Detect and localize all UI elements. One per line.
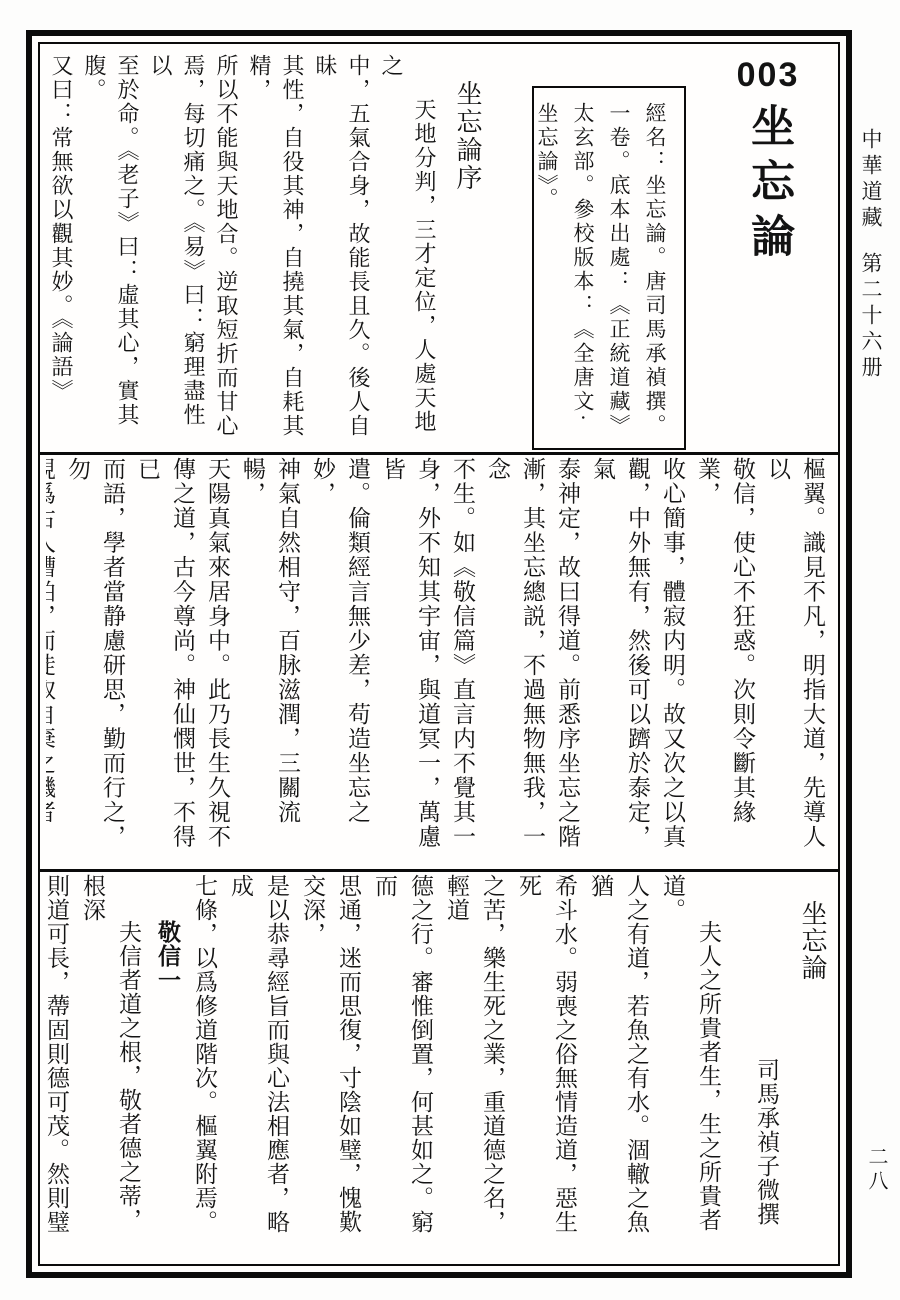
preface-continued-column: 傳之道，古今尊尚。神仙憫世，不得已: [130, 457, 200, 867]
main-text-column: 夫人之所貴者生，生之所貴者道。: [654, 874, 726, 1254]
document-title: 坐忘論: [745, 103, 791, 268]
preface-continued-column: 而語，學者當静慮研思，勤而行之，勿: [60, 457, 130, 867]
preface-column: 坐忘論序: [451, 54, 484, 450]
volume-label: 第二十六册: [860, 252, 881, 382]
main-text-column: 德之行。審惟倒置，何甚如之。窮而: [366, 874, 438, 1254]
preface-continued-column: 收心簡事，體寂内明。故又次之以真: [655, 457, 690, 867]
content-frame: 003 坐忘論 經名：坐忘論。唐司馬承禎撰。一卷。底本出處：《正統道藏》太玄部。…: [38, 42, 840, 1266]
section-preface-continued: 樞翼。識見不凡，明指大道，先導人以敬信，使心不狂惑。次則令斷其緣業，收心簡事，體…: [46, 455, 832, 869]
preface-continued-column: 視爲古人糟粕，而徒取自棄之譏者也。: [46, 457, 60, 867]
main-text-column: 敬信一: [150, 874, 186, 1254]
main-text-column: 七條，以爲修道階次。樞翼附焉。: [186, 874, 222, 1254]
edition-note-column: 經名：坐忘論。唐司馬承禎撰。: [637, 102, 673, 438]
main-text-column: 是以恭尋經旨而與心法相應者，略成: [222, 874, 294, 1254]
preface-continued-column: 泰神定，故曰得道。前悉序坐忘之階: [550, 457, 585, 867]
main-text-column: 希斗水。弱喪之俗無情造道，惡生死: [510, 874, 582, 1254]
main-text-column: 坐忘論: [794, 874, 830, 1254]
preface-column: 其性，自役其神，自撓其氣，自耗其精，: [243, 54, 309, 450]
edition-note-box: 經名：坐忘論。唐司馬承禎撰。一卷。底本出處：《正統道藏》太玄部。參校版本：《全唐…: [532, 86, 686, 450]
preface-column: 至於命。《老子》曰：虛其心，實其腹。: [78, 54, 144, 450]
preface-flow: 坐忘論序天地分判，三才定位，人處天地之中，五氣合身，故能長且久。後人自昧其性，自…: [48, 54, 484, 450]
preface-continued-column: 敬信，使心不狂惑。次則令斷其緣業，: [690, 457, 760, 867]
edition-note-flow: 經名：坐忘論。唐司馬承禎撰。一卷。底本出處：《正統道藏》太玄部。參校版本：《全唐…: [540, 102, 673, 438]
preface-continued-column: 觀，中外無有，然後可以躋於泰定，氣: [585, 457, 655, 867]
main-text-column: 之苦，樂生死之業，重道德之名，輕道: [438, 874, 510, 1254]
preface-continued-column: 漸，其坐忘總説，不過無物無我，一念: [480, 457, 550, 867]
preface-continued-column: 身，外不知其宇宙，與道冥一，萬慮皆: [375, 457, 445, 867]
document-header: 003 坐忘論: [726, 56, 810, 273]
document-number: 003: [726, 56, 810, 95]
preface-column: 又曰：常無欲以觀其妙。《論語》曰：: [46, 54, 78, 450]
preface-continued-column: 遣。倫類經言無少差，苟造坐忘之妙，: [305, 457, 375, 867]
scanned-page: 中華道藏 第二十六册 二八 003 坐忘論 經名：坐忘論。唐司馬承禎撰。一卷。底…: [0, 0, 900, 1300]
edition-note-column: 太玄部。參校版本：《全唐文·: [565, 102, 601, 438]
preface-continued-column: 樞翼。識見不凡，明指大道，先導人以: [760, 457, 830, 867]
preface-continued-column: 天陽真氣來居身中。此乃長生久視不: [200, 457, 235, 867]
section-main-text: 坐忘論司馬承禎子微撰夫人之所貴者生，生之所貴者道。人之有道，若魚之有水。涸轍之魚…: [46, 872, 832, 1256]
collection-title: 中華道藏: [860, 128, 881, 232]
preface-continued-flow: 樞翼。識見不凡，明指大道，先導人以敬信，使心不狂惑。次則令斷其緣業，收心簡事，體…: [48, 457, 830, 867]
main-text-flow: 坐忘論司馬承禎子微撰夫人之所貴者生，生之所貴者道。人之有道，若魚之有水。涸轍之魚…: [48, 874, 830, 1254]
main-text-column: 司馬承禎子微撰: [748, 874, 784, 1254]
preface-column: 所以不能與天地合。逆取短折而甘心: [210, 54, 243, 450]
page-number: 二八: [866, 1146, 886, 1194]
main-text-column: 人之有道，若魚之有水。涸轍之魚猶: [582, 874, 654, 1254]
main-text-column: 則道可長，蔕固則德可茂。然則璧耀: [46, 874, 74, 1254]
preface-column: 焉，每切痛之。《易》曰：窮理盡性以: [144, 54, 210, 450]
preface-column: 天地分判，三才定位，人處天地之: [375, 54, 441, 450]
main-text-column: 夫信者道之根，敬者德之蒂，根深: [74, 874, 146, 1254]
edition-note-column: 坐忘論》。: [529, 102, 565, 438]
preface-continued-column: 神氣自然相守，百脉滋潤，三關流暢，: [235, 457, 305, 867]
main-text-column: 思通，迷而思復，寸陰如璧，愧歎交深，: [294, 874, 366, 1254]
page-frame: 003 坐忘論 經名：坐忘論。唐司馬承禎撰。一卷。底本出處：《正統道藏》太玄部。…: [26, 30, 852, 1278]
preface-column: 中，五氣合身，故能長且久。後人自昧: [309, 54, 375, 450]
edition-note-column: 一卷。底本出處：《正統道藏》: [601, 102, 637, 438]
section-preface: 003 坐忘論 經名：坐忘論。唐司馬承禎撰。一卷。底本出處：《正統道藏》太玄部。…: [46, 52, 832, 452]
preface-continued-column: 不生。如《敬信篇》直言内不覺其一: [445, 457, 480, 867]
